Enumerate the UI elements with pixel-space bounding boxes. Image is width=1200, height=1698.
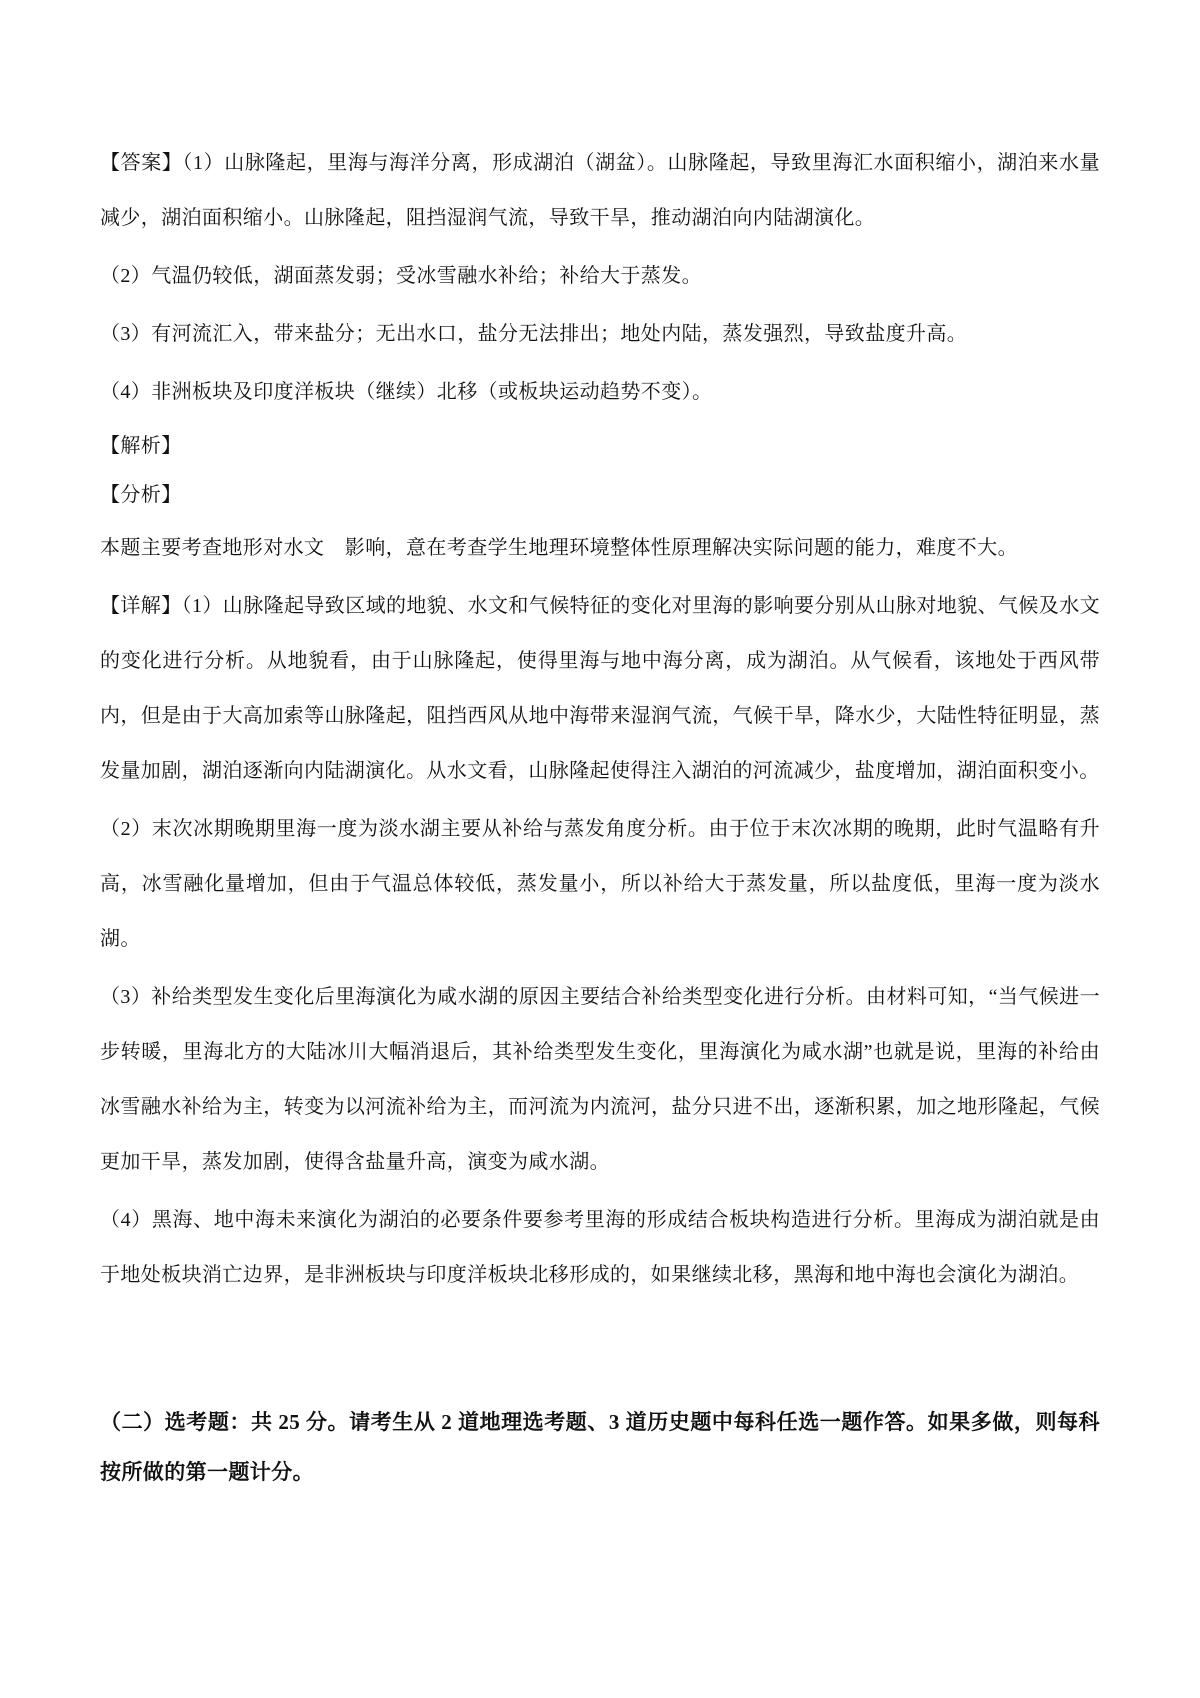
answer-paragraph-2: （2）气温仍较低，湖面蒸发弱；受冰雪融水补给；补给大于蒸发。: [100, 249, 1100, 304]
document-content: 【答案】（1）山脉隆起，里海与海洋分离，形成湖泊（湖盆）。山脉隆起，导致里海汇水…: [0, 0, 1200, 1497]
section-label-analysis: 【分析】: [100, 472, 1100, 518]
section-label-explanation: 【解析】: [100, 423, 1100, 469]
answer-paragraph-3: （3）有河流汇入，带来盐分；无出水口，盐分无法排出；地处内陆，蒸发强烈，导致盐度…: [100, 307, 1100, 362]
answer-paragraph-1: 【答案】（1）山脉隆起，里海与海洋分离，形成湖泊（湖盆）。山脉隆起，导致里海汇水…: [100, 136, 1100, 246]
selective-question-instructions: （二）选考题：共 25 分。请考生从 2 道地理选考题、3 道历史题中每科任选一…: [100, 1397, 1100, 1497]
answer-paragraph-4: （4）非洲板块及印度洋板块（继续）北移（或板块运动趋势不变）。: [100, 365, 1100, 420]
document-page: 【答案】（1）山脉隆起，里海与海洋分离，形成湖泊（湖盆）。山脉隆起，导致里海汇水…: [0, 0, 1200, 1698]
analysis-summary-paragraph: 本题主要考查地形对水文 影响，意在考查学生地理环境整体性原理解决实际问题的能力，…: [100, 521, 1100, 576]
detail-paragraph-1: 【详解】（1）山脉隆起导致区域的地貌、水文和气候特征的变化对里海的影响要分别从山…: [100, 579, 1100, 799]
detail-paragraph-3: （3）补给类型发生变化后里海演化为咸水湖的原因主要结合补给类型变化进行分析。由材…: [100, 970, 1100, 1190]
detail-paragraph-4: （4）黑海、地中海未来演化为湖泊的必要条件要参考里海的形成结合板块构造进行分析。…: [100, 1193, 1100, 1303]
detail-paragraph-2: （2）末次冰期晚期里海一度为淡水湖主要从补给与蒸发角度分析。由于位于末次冰期的晚…: [100, 802, 1100, 967]
